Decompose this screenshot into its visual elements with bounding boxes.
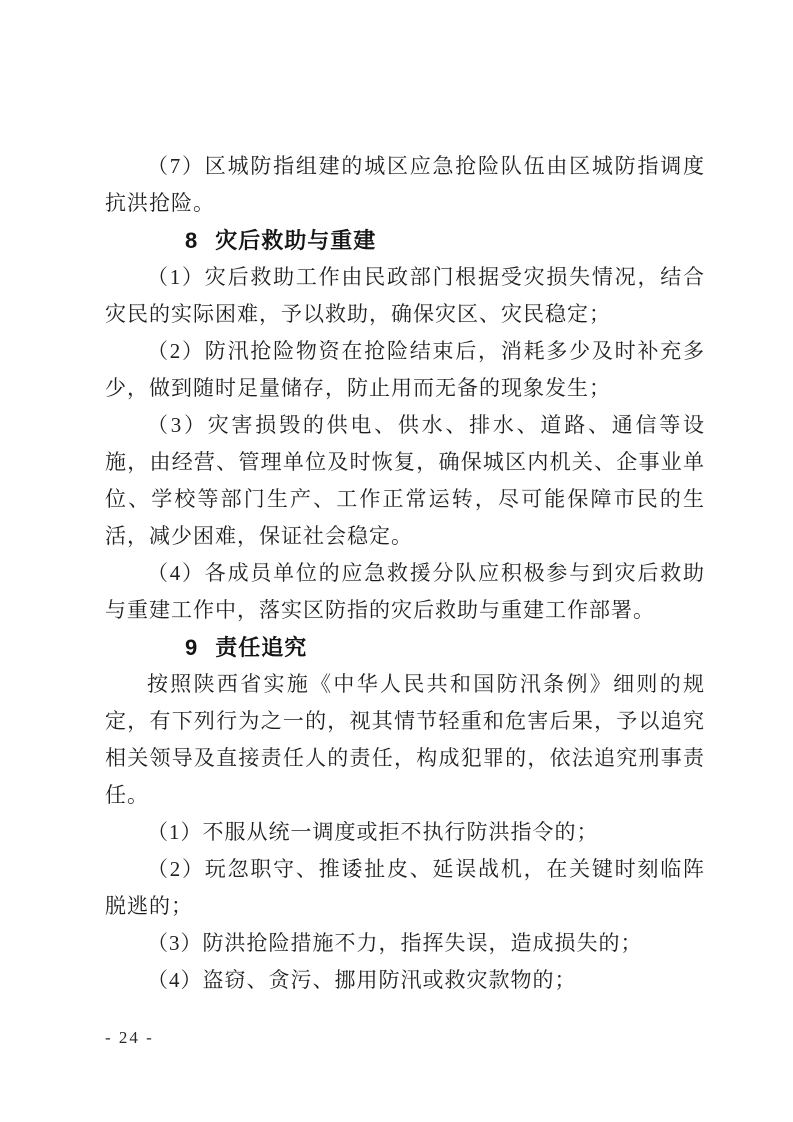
- section-heading-9: 9责任追究: [105, 629, 705, 666]
- paragraph-8-4: （4）各成员单位的应急救援分队应积极参与到灾后救助与重建工作中，落实区防指的灾后…: [105, 555, 705, 629]
- paragraph-9-intro: 按照陕西省实施《中华人民共和国防汛条例》细则的规定，有下列行为之一的，视其情节轻…: [105, 666, 705, 814]
- paragraph-9-2: （2）玩忽职守、推诿扯皮、延误战机，在关键时刻临阵脱逃的；: [105, 851, 705, 925]
- paragraph-9-1: （1）不服从统一调度或拒不执行防洪指令的；: [105, 814, 705, 851]
- section-title: 责任追究: [215, 635, 307, 660]
- paragraph-8-2: （2）防汛抢险物资在抢险结束后，消耗多少及时补充多少，做到随时足量储存，防止用而…: [105, 333, 705, 407]
- paragraph-9-3: （3）防洪抢险措施不力，指挥失误，造成损失的；: [105, 925, 705, 962]
- section-number: 9: [145, 629, 198, 666]
- paragraph-9-4: （4）盗窃、贪污、挪用防汛或救灾款物的；: [105, 962, 705, 999]
- paragraph-7-rescue-dispatch: （7）区城防指组建的城区应急抢险队伍由区城防指调度抗洪抢险。: [105, 148, 705, 222]
- paragraph-8-3: （3）灾害损毁的供电、供水、排水、道路、通信等设施，由经营、管理单位及时恢复，确…: [105, 407, 705, 555]
- page-number: - 24 -: [105, 1028, 154, 1048]
- section-title: 灾后救助与重建: [215, 228, 376, 253]
- section-number: 8: [145, 222, 198, 259]
- section-heading-8: 8灾后救助与重建: [105, 222, 705, 259]
- document-page: （7）区城防指组建的城区应急抢险队伍由区城防指调度抗洪抢险。 8灾后救助与重建 …: [0, 0, 793, 1122]
- document-body: （7）区城防指组建的城区应急抢险队伍由区城防指调度抗洪抢险。 8灾后救助与重建 …: [105, 148, 705, 999]
- paragraph-8-1: （1）灾后救助工作由民政部门根据受灾损失情况，结合灾民的实际困难，予以救助，确保…: [105, 259, 705, 333]
